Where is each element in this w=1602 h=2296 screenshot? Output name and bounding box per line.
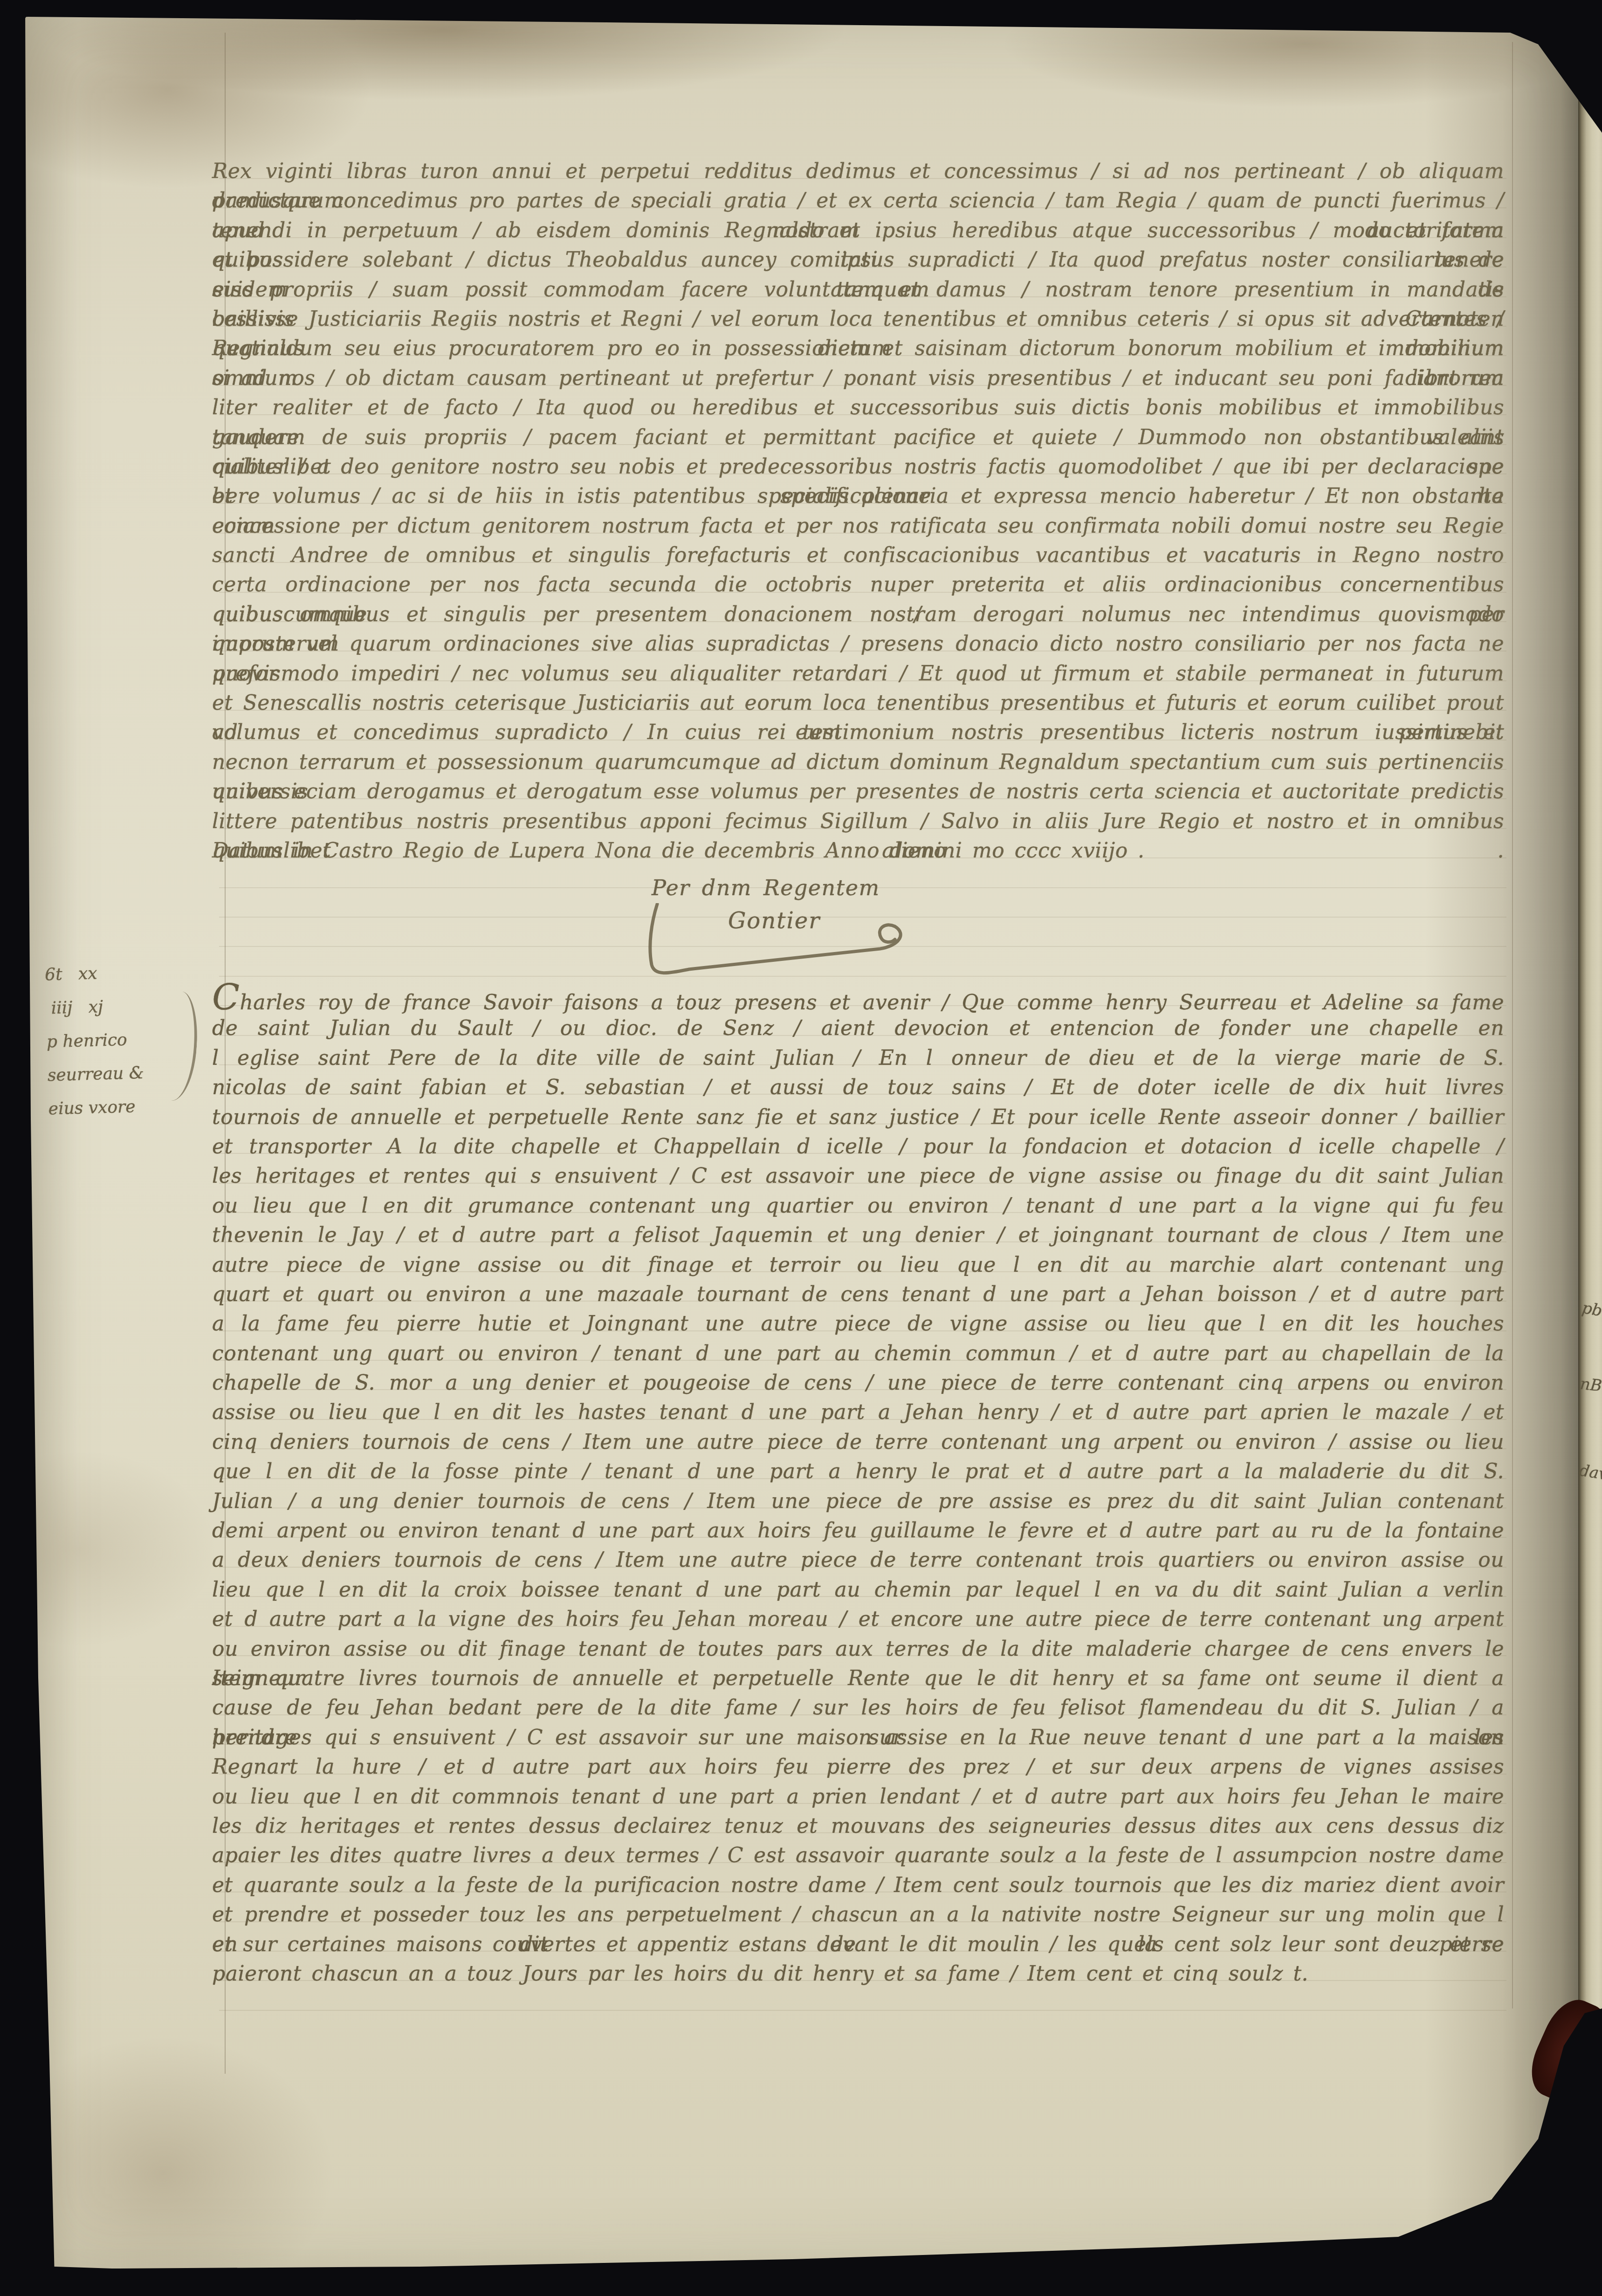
manuscript-line: autre piece de vigne assise ou dit finag… [212,1250,1504,1280]
manuscript-line: Julian / a ung denier tournois de cens /… [212,1487,1504,1516]
manuscript-line: concessione per dictum genitorem nostrum… [212,511,1504,541]
manuscript-line: et possidere solebant / dictus Theobaldu… [212,245,1504,274]
manuscript-line: et prendre et posseder touz les ans perp… [212,1900,1504,1929]
manuscript-line: volumus et concedimus supradicto / In cu… [212,718,1504,747]
manuscript-line: thevenin le Jay / et d autre part a feli… [212,1220,1504,1250]
manuscript-line: tenendi in perpetuum / ab eisdem dominis… [212,216,1504,245]
signature-paraph-flourish [638,903,927,982]
manuscript-line: de saint Julian du Sault / ou dioc. de S… [212,1014,1504,1043]
manuscript-line: quorum vel quarum ordinaciones sive alia… [212,629,1504,658]
manuscript-line: heritages qui s ensuivent / C est assavo… [212,1723,1504,1752]
manuscript-line: Rex viginti libras turon annui et perpet… [212,157,1504,186]
manuscript-line: cause de feu Jehan bedant pere de la dit… [212,1693,1504,1722]
french-entry-text-block: Charles roy de france Savoir faisons a t… [212,984,1504,1988]
manuscript-line: certa ordinacione per nos facta secunda … [212,570,1504,599]
facing-page-edge [1578,33,1602,2223]
manuscript-line: apaier les dites quatre livres a deux te… [212,1841,1504,1870]
chancery-subscription: Per dnm Regentem [652,875,880,900]
manuscript-line: quibus eciam derogamus et derogatum esse… [212,777,1504,806]
manuscript-line: si ad nos / ob dictam causam pertineant … [212,363,1504,393]
right-margin-ruling-line [1512,42,1513,2008]
manuscript-line: cessisse Justiciariis Regiis nostris et … [212,304,1504,334]
manuscript-line: l eglise saint Pere de la dite ville de … [212,1043,1504,1073]
manuscript-line: que l en dit de la fosse pinte / tenant … [212,1457,1504,1486]
manuscript-line: quart et quart ou environ a une mazaale … [212,1280,1504,1309]
latin-entry-text-block: Rex viginti libras turon annui et perpet… [212,157,1504,865]
manuscript-line: ou environ assise ou dit finage tenant d… [212,1634,1504,1664]
manuscript-line: Regnart la hure / et d autre part aux ho… [212,1752,1504,1782]
manuscript-line: et d autre part a la vigne des hoirs feu… [212,1604,1504,1634]
manuscript-line: eius vxore [48,1089,207,1126]
manuscript-line: quibus omnibus et singulis per presentem… [212,600,1504,629]
manuscript-line: ou lieu que l en dit grumance contenant … [212,1191,1504,1220]
manuscript-line: littere patentibus nostris presentibus a… [212,807,1504,836]
facing-page-ink-fragment: pb [1581,1299,1602,1321]
manuscript-line: tournois de annuelle et perpetuelle Rent… [212,1103,1504,1132]
manuscript-line: a la fame feu pierre hutie et Joingnant … [212,1309,1504,1338]
manuscript-line: a deux deniers tournois de cens / Item u… [212,1545,1504,1575]
manuscript-line: contenant ung quart ou environ / tenant … [212,1339,1504,1368]
manuscript-line: Charles roy de france Savoir faisons a t… [212,984,1504,1014]
manuscript-line: les heritages et rentes qui s ensuivent … [212,1161,1504,1191]
manuscript-line: suis propriis / suam possit commodam fac… [212,275,1504,304]
manuscript-line: paieront chascun an a touz Jours par les… [212,1959,1504,1988]
manuscript-line: quovismodo impediri / nec volumus seu al… [212,659,1504,688]
manuscript-line: lieu que l en dit la croix boissee tenan… [212,1575,1504,1604]
manuscript-line: liter realiter et de facto / Ita quod ou… [212,393,1504,422]
manuscript-line: Regnaldum seu eius procuratorem pro eo i… [212,334,1504,363]
manuscript-line: cinq deniers tournois de cens / Item une… [212,1427,1504,1457]
manuscript-line: et sur certaines maisons couvertes et ap… [212,1930,1504,1959]
manuscript-line: nicolas de saint fabian et S. sebastian … [212,1073,1504,1102]
facing-page-ink-fragment: nB [1579,1375,1602,1396]
manuscript-line: les diz heritages et rentes dessus decla… [212,1811,1504,1841]
manuscript-line: chapelle de S. mor a ung denier et pouge… [212,1368,1504,1398]
manuscript-line: Item quatre livres tournois de annuelle … [212,1664,1504,1693]
manuscript-line: et transporter A la dite chapelle et Cha… [212,1132,1504,1161]
manuscript-line: cialiter / a deo genitore nostro seu nob… [212,452,1504,481]
manuscript-line: tanquam de suis propriis / pacem faciant… [212,423,1504,452]
manuscript-line: bere volumus / ac si de hiis in istis pa… [212,481,1504,511]
manuscript-line: sancti Andree de omnibus et singulis for… [212,541,1504,570]
manuscript-line: ou lieu que l en dit commnois tenant d u… [212,1782,1504,1811]
manuscript-line: 6t xx [44,954,204,992]
manuscript-line: demi arpent ou environ tenant d une part… [212,1516,1504,1545]
manuscript-line: et quarante soulz a la feste de la purif… [212,1871,1504,1900]
manuscript-line: damusque concedimus pro partes de specia… [212,186,1504,215]
manuscript-line: et Senescallis nostris ceterisque Justic… [212,688,1504,718]
manuscript-line: necnon terrarum et possessionum quarumcu… [212,747,1504,777]
manuscript-line: assise ou lieu que l en dit les hastes t… [212,1398,1504,1427]
